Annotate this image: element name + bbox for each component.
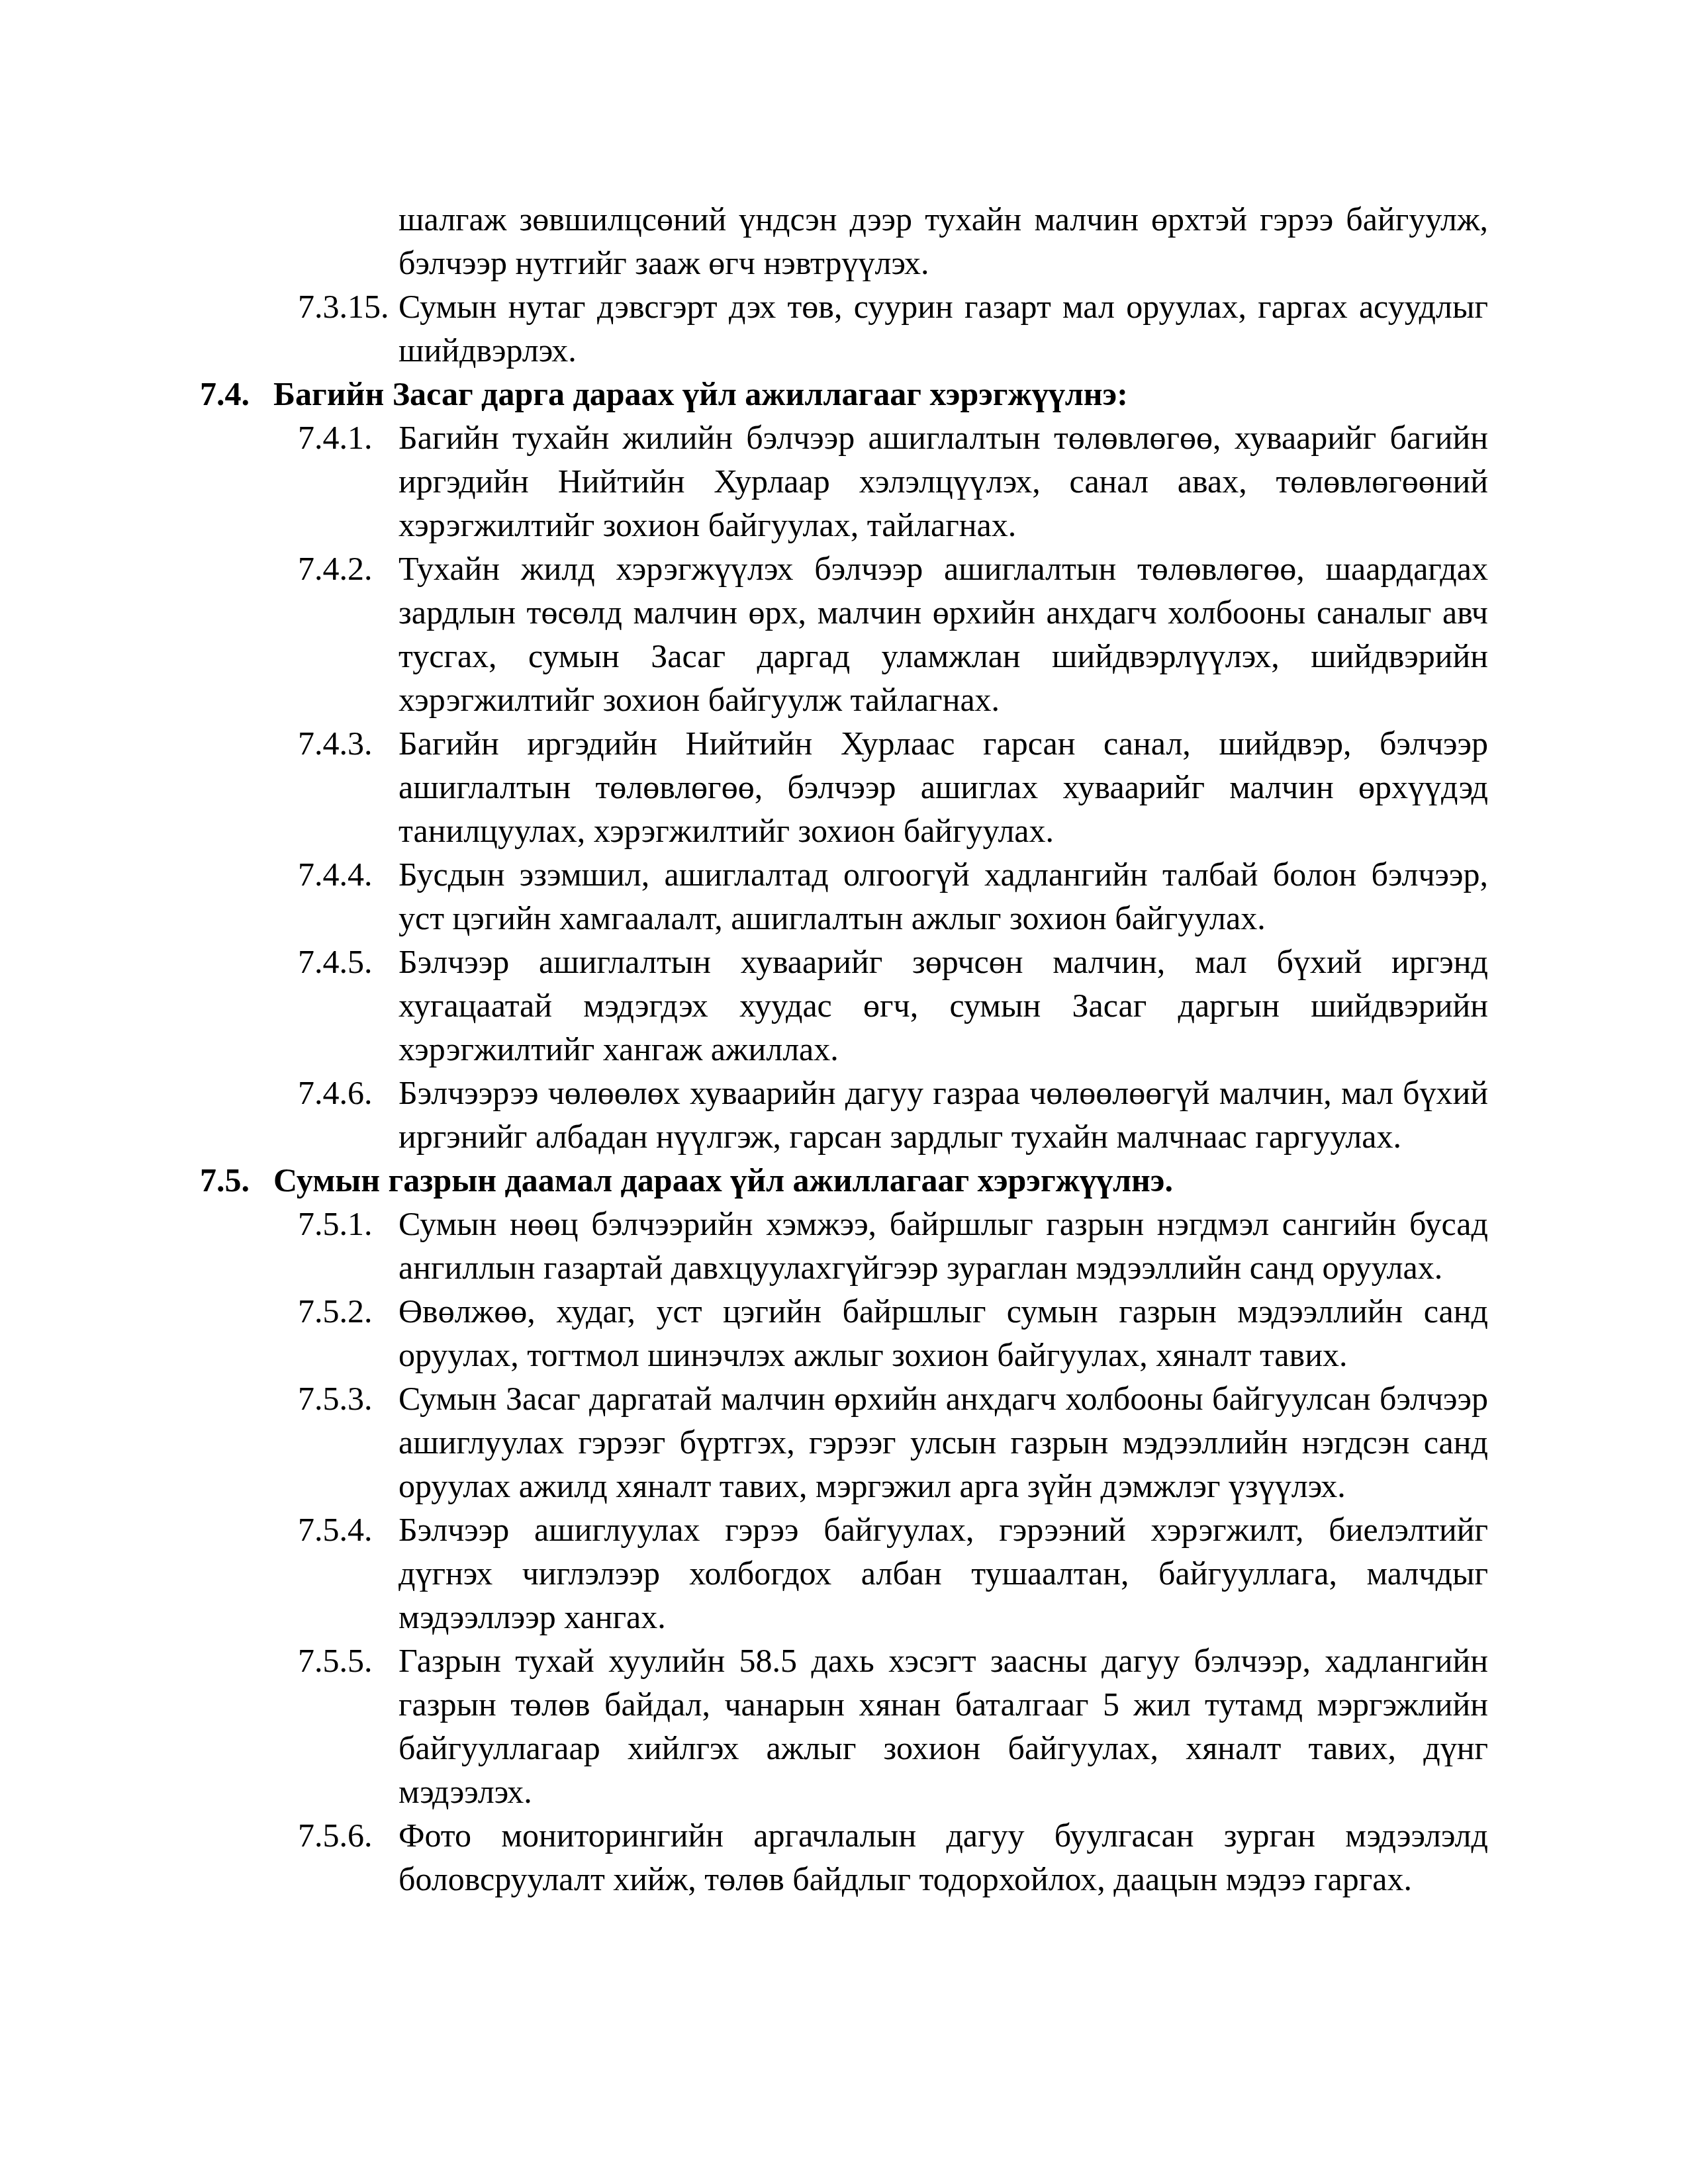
list-item-7-5-3: 7.5.3. Сумын Засаг даргатай малчин өрхий… [399,1377,1488,1508]
list-item-7-5-6: 7.5.6. Фото мониторингийн аргачлалын даг… [399,1813,1488,1901]
list-item-7-3-15: 7.3.15. Сумын нутаг дэвсгэрт дэх төв, су… [399,285,1488,372]
section-title: Сумын газрын даамал дараах үйл ажиллагаа… [273,1158,1488,1202]
section-number: 7.4. [200,372,250,416]
item-number: 7.4.4. [298,852,373,896]
item-number: 7.4.3. [298,721,373,765]
item-number: 7.4.2. [298,547,373,590]
list-item-7-4-6: 7.4.6. Бэлчээрээ чөлөөлөх хуваарийн дагу… [399,1071,1488,1158]
item-number: 7.4.5. [298,940,373,983]
item-text: Бусдын эзэмшил, ашиглалтад олгоогүй хадл… [399,852,1488,940]
list-item-7-5-1: 7.5.1. Сумын нөөц бэлчээрийн хэмжээ, бай… [399,1202,1488,1289]
section-number: 7.5. [200,1158,250,1202]
item-number: 7.5.2. [298,1289,373,1333]
item-number: 7.4.6. [298,1071,373,1115]
section-heading-7-5: 7.5. Сумын газрын даамал дараах үйл ажил… [273,1158,1488,1202]
item-number: 7.3.15. [298,285,389,328]
item-text: Тухайн жилд хэрэгжүүлэх бэлчээр ашиглалт… [399,547,1488,721]
item-text: Бэлчээрээ чөлөөлөх хуваарийн дагуу газра… [399,1071,1488,1158]
list-item-7-5-2: 7.5.2. Өвөлжөө, худаг, уст цэгийн байршл… [399,1289,1488,1377]
continuation-paragraph: шалгаж зөвшилцсөний үндсэн дээр тухайн м… [399,197,1488,285]
item-number: 7.5.3. [298,1377,373,1420]
item-number: 7.5.4. [298,1508,373,1551]
item-text: Бэлчээр ашиглалтын хуваарийг зөрчсөн мал… [399,940,1488,1071]
list-item-7-5-4: 7.5.4. Бэлчээр ашиглуулах гэрээ байгуула… [399,1508,1488,1639]
list-item-7-4-4: 7.4.4. Бусдын эзэмшил, ашиглалтад олгоог… [399,852,1488,940]
list-item-7-4-5: 7.4.5. Бэлчээр ашиглалтын хуваарийг зөрч… [399,940,1488,1071]
document-page: шалгаж зөвшилцсөний үндсэн дээр тухайн м… [0,0,1688,2184]
list-item-7-4-3: 7.4.3. Багийн иргэдийн Нийтийн Хурлаас г… [399,721,1488,852]
item-text: Газрын тухай хуулийн 58.5 дахь хэсэгт за… [399,1639,1488,1813]
item-text: Сумын нөөц бэлчээрийн хэмжээ, байршлыг г… [399,1202,1488,1289]
item-number: 7.5.5. [298,1639,373,1682]
item-number: 7.5.1. [298,1202,373,1246]
item-number: 7.4.1. [298,416,373,459]
item-text: Сумын Засаг даргатай малчин өрхийн анхда… [399,1377,1488,1508]
list-item-7-5-5: 7.5.5. Газрын тухай хуулийн 58.5 дахь хэ… [399,1639,1488,1813]
item-text: Бэлчээр ашиглуулах гэрээ байгуулах, гэрэ… [399,1508,1488,1639]
section-title: Багийн Засаг дарга дараах үйл ажиллагааг… [273,372,1488,416]
list-item-7-4-1: 7.4.1. Багийн тухайн жилийн бэлчээр ашиг… [399,416,1488,547]
item-text: Фото мониторингийн аргачлалын дагуу буул… [399,1813,1488,1901]
section-heading-7-4: 7.4. Багийн Засаг дарга дараах үйл ажилл… [273,372,1488,416]
item-text: Багийн тухайн жилийн бэлчээр ашиглалтын … [399,416,1488,547]
item-number: 7.5.6. [298,1813,373,1857]
paragraph-text: шалгаж зөвшилцсөний үндсэн дээр тухайн м… [399,197,1488,285]
document-body: шалгаж зөвшилцсөний үндсэн дээр тухайн м… [0,197,1688,1901]
item-text: Багийн иргэдийн Нийтийн Хурлаас гарсан с… [399,721,1488,852]
item-text: Сумын нутаг дэвсгэрт дэх төв, суурин газ… [399,285,1488,372]
item-text: Өвөлжөө, худаг, уст цэгийн байршлыг сумы… [399,1289,1488,1377]
list-item-7-4-2: 7.4.2. Тухайн жилд хэрэгжүүлэх бэлчээр а… [399,547,1488,721]
